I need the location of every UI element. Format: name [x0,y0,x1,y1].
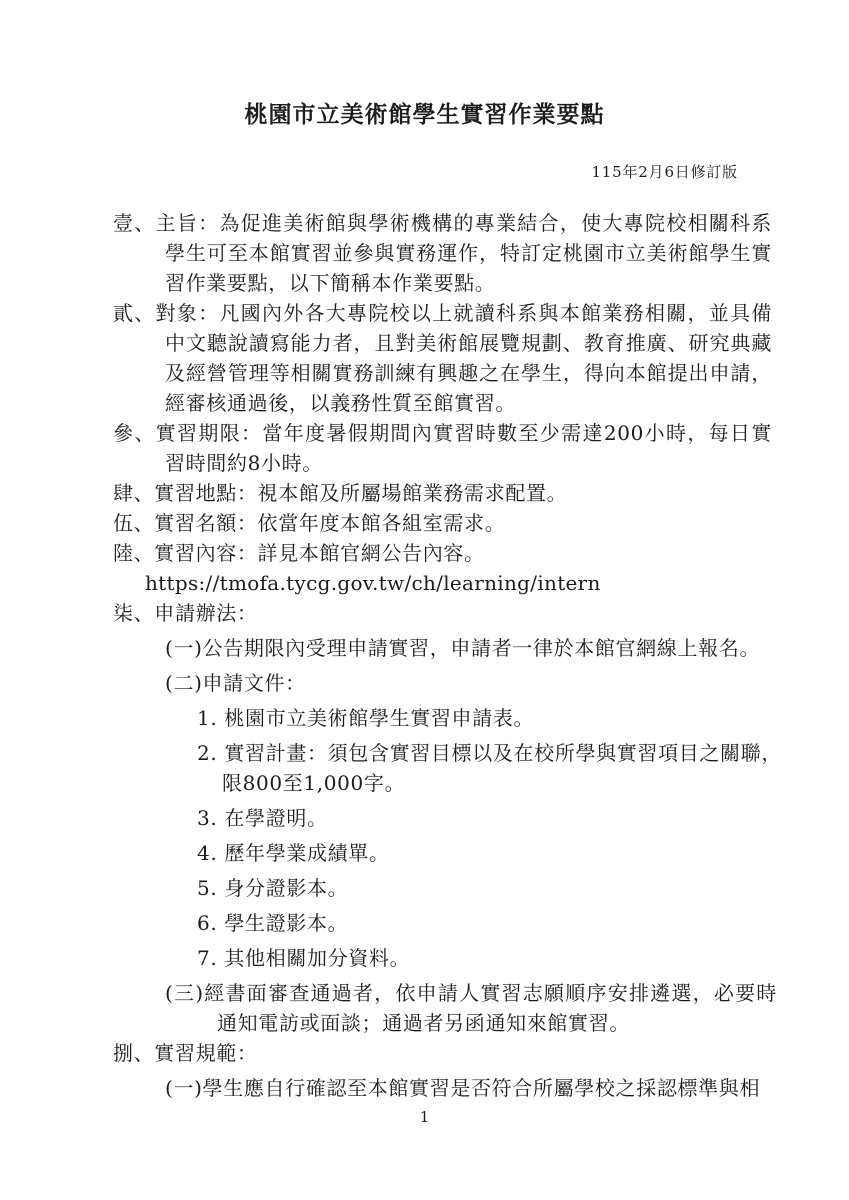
paragraph-section: 肆、實習地點：視本館及所屬場館業務需求配置。 [165,478,772,508]
paragraph-num: 2. 實習計畫：須包含實習目標以及在校所學與實習項目之關聯，限800至1,000… [222,738,782,798]
paragraph-section: 捌、實習規範： [165,1038,772,1068]
paragraph-sub: (一)公告期限內受理申請實習，申請者一律於本館官網線上報名。 [217,633,777,663]
paragraph-section: 陸、實習內容：詳見本館官網公告內容。 [165,538,772,568]
revision-note: 115年2月6日修訂版 [0,162,849,182]
paragraph-num: 1. 桃園市立美術館學生實習申請表。 [222,703,782,733]
paragraph-section: 伍、實習名額：依當年度本館各組室需求。 [165,508,772,538]
document-title: 桃園市立美術館學生實習作業要點 [0,0,849,132]
paragraph-num: 3. 在學證明。 [222,803,782,833]
paragraph-sub: (一)學生應自行確認至本館實習是否符合所屬學校之採認標準與相 [217,1073,777,1103]
paragraph-num: 6. 學生證影本。 [222,908,782,938]
paragraph-num: 5. 身分證影本。 [222,873,782,903]
intern-url-text: https://tmofa.tycg.gov.tw/ch/learning/in… [145,568,772,598]
document-body: 壹、主旨：為促進美術館與學術機構的專業結合，使大專院校相關科系學生可至本館實習並… [0,208,849,1103]
paragraph-num: 7. 其他相關加分資料。 [222,943,782,973]
paragraph-section: 貳、對象：凡國內外各大專院校以上就讀科系與本館業務相關，並具備中文聽說讀寫能力者… [165,298,772,418]
paragraph-section: 柒、申請辦法： [165,598,772,628]
paragraph-sub: (三)經書面審查通過者，依申請人實習志願順序安排遴選，必要時通知電訪或面談；通過… [217,978,777,1038]
paragraph-section: 壹、主旨：為促進美術館與學術機構的專業結合，使大專院校相關科系學生可至本館實習並… [165,208,772,298]
paragraph-sub: (二)申請文件： [217,668,777,698]
page-number: 1 [0,1108,849,1126]
document-page: 桃園市立美術館學生實習作業要點 115年2月6日修訂版 壹、主旨：為促進美術館與… [0,0,849,1200]
paragraph-section: 參、實習期限：當年度暑假期間內實習時數至少需達200小時，每日實習時間約8小時。 [165,418,772,478]
paragraph-num: 4. 歷年學業成績單。 [222,838,782,868]
